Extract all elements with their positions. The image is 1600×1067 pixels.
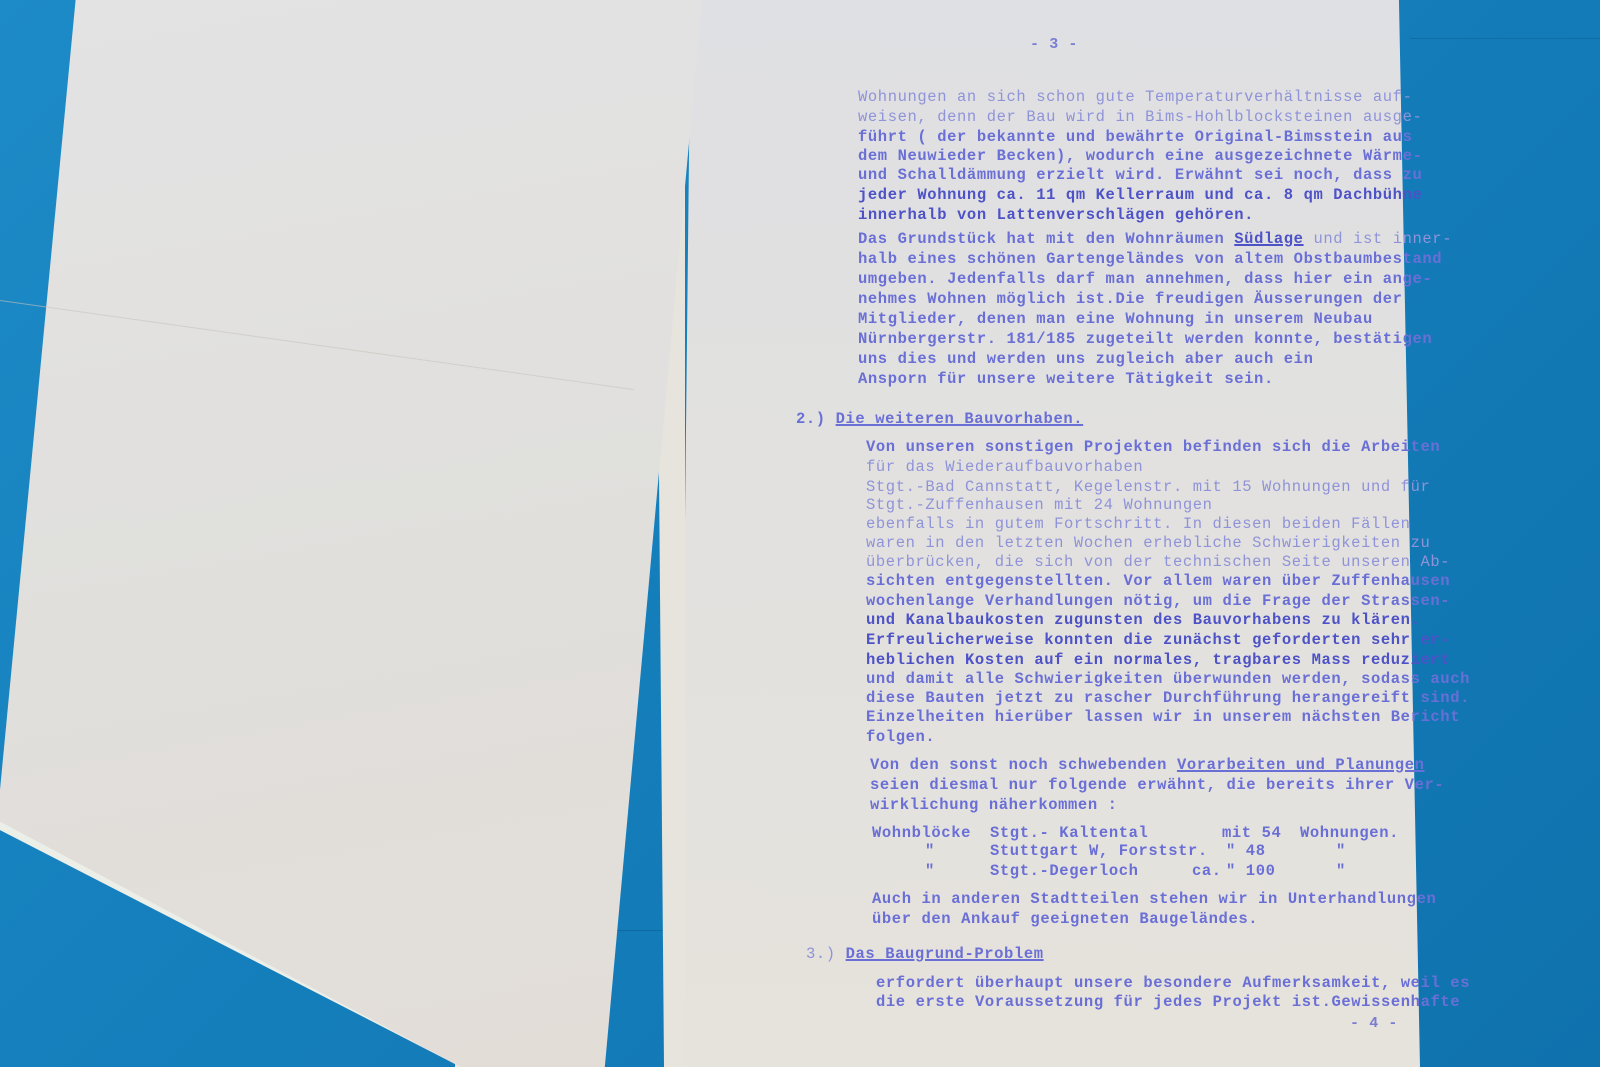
text-line: Auch in anderen Stadtteilen stehen wir i… <box>872 890 1436 908</box>
text-line: nehmes Wohnen möglich ist.Die freudigen … <box>858 290 1403 308</box>
text-line: ebenfalls in gutem Fortschritt. In diese… <box>866 515 1411 533</box>
table-cell-units: mit 54 <box>1222 824 1281 842</box>
typewritten-document: - 3 - Wohnungen an sich schon gute Tempe… <box>0 0 1600 1067</box>
section-heading-2: 2.) Die weiteren Bauvorhaben. <box>796 410 1083 428</box>
text-line: die erste Voraussetzung für jedes Projek… <box>876 993 1460 1011</box>
text-line: Ansporn für unsere weitere Tätigkeit sei… <box>858 370 1274 388</box>
text-line: uns dies und werden uns zugleich aber au… <box>858 350 1313 368</box>
table-cell-unit-label: " <box>1336 862 1346 880</box>
text-line: jeder Wohnung ca. 11 qm Kellerraum und c… <box>858 186 1422 204</box>
text-line: Einzelheiten hierüber lassen wir in unse… <box>866 708 1460 726</box>
section-title: Die weiteren Bauvorhaben. <box>836 410 1084 428</box>
text-line: Von den sonst noch schwebenden Vorarbeit… <box>870 756 1425 774</box>
table-cell-location: Stuttgart W, Forststr. <box>990 842 1208 860</box>
text-line: Das Grundstück hat mit den Wohnräumen Sü… <box>858 230 1452 248</box>
text-span: Das Grundstück hat mit den Wohnräumen <box>858 230 1234 248</box>
table-cell-location: Stgt.- Kaltental <box>990 824 1148 842</box>
text-line: Wohnungen an sich schon gute Temperaturv… <box>858 88 1412 106</box>
text-line: Stgt.-Bad Cannstatt, Kegelenstr. mit 15 … <box>866 478 1430 496</box>
text-line: waren in den letzten Wochen erhebliche S… <box>866 534 1430 552</box>
text-line: Stgt.-Zuffenhausen mit 24 Wohnungen <box>866 496 1213 514</box>
table-cell-type: " <box>925 842 935 860</box>
text-line: sichten entgegenstellten. Vor allem ware… <box>866 572 1450 590</box>
text-line: innerhalb von Lattenverschlägen gehören. <box>858 206 1254 224</box>
section-number: 3.) <box>806 945 836 963</box>
table-cell-location: Stgt.-Degerloch <box>990 862 1139 880</box>
text-line: Erfreulicherweise konnten die zunächst g… <box>866 631 1450 649</box>
text-span: und ist inner- <box>1304 230 1453 248</box>
table-cell-units: " 100 <box>1226 862 1276 880</box>
text-line: folgen. <box>866 728 935 746</box>
text-line: heblichen Kosten auf ein normales, tragb… <box>866 651 1450 669</box>
text-line: seien diesmal nur folgende erwähnt, die … <box>870 776 1444 794</box>
table-cell-qualifier: ca. <box>1192 862 1222 880</box>
text-line: weisen, denn der Bau wird in Bims-Hohlbl… <box>858 108 1422 126</box>
underlined-term: Südlage <box>1234 230 1303 248</box>
page-number-bottom: - 4 - <box>1350 1015 1398 1032</box>
text-line: erfordert überhaupt unsere besondere Auf… <box>876 974 1470 992</box>
text-line: und Kanalbaukosten zugunsten des Bauvorh… <box>866 611 1420 629</box>
text-line: wochenlange Verhandlungen nötig, um die … <box>866 592 1450 610</box>
table-cell-type: " <box>925 862 935 880</box>
table-cell-unit-label: Wohnungen. <box>1300 824 1399 842</box>
text-line: umgeben. Jedenfalls darf man annehmen, d… <box>858 270 1432 288</box>
table-cell-type: Wohnblöcke <box>872 824 971 842</box>
text-line: und damit alle Schwierigkeiten überwunde… <box>866 670 1470 688</box>
text-line: dem Neuwieder Becken), wodurch eine ausg… <box>858 147 1422 165</box>
text-line: für das Wiederaufbauvorhaben <box>866 458 1143 476</box>
text-line: diese Bauten jetzt zu rascher Durchführu… <box>866 689 1470 707</box>
text-line: und Schalldämmung erzielt wird. Erwähnt … <box>858 166 1422 184</box>
text-span: Von den sonst noch schwebenden <box>870 756 1177 774</box>
text-line: Von unseren sonstigen Projekten befinden… <box>866 438 1440 456</box>
section-number: 2.) <box>796 410 826 428</box>
section-title: Das Baugrund-Problem <box>846 945 1044 963</box>
page-number-top: - 3 - <box>1030 36 1078 53</box>
table-cell-unit-label: " <box>1336 842 1346 860</box>
text-line: über den Ankauf geeigneten Baugeländes. <box>872 910 1258 928</box>
text-line: überbrücken, die sich von der technische… <box>866 553 1450 571</box>
table-cell-units: " 48 <box>1226 842 1266 860</box>
section-heading-3: 3.) Das Baugrund-Problem <box>806 945 1044 963</box>
text-line: Nürnbergerstr. 181/185 zugeteilt werden … <box>858 330 1432 348</box>
underlined-term: Vorarbeiten und Planungen <box>1177 756 1425 774</box>
text-line: wirklichung näherkommen : <box>870 796 1118 814</box>
text-line: Mitglieder, denen man eine Wohnung in un… <box>858 310 1373 328</box>
text-line: führt ( der bekannte und bewährte Origin… <box>858 128 1412 146</box>
text-line: halb eines schönen Gartengeländes von al… <box>858 250 1442 268</box>
